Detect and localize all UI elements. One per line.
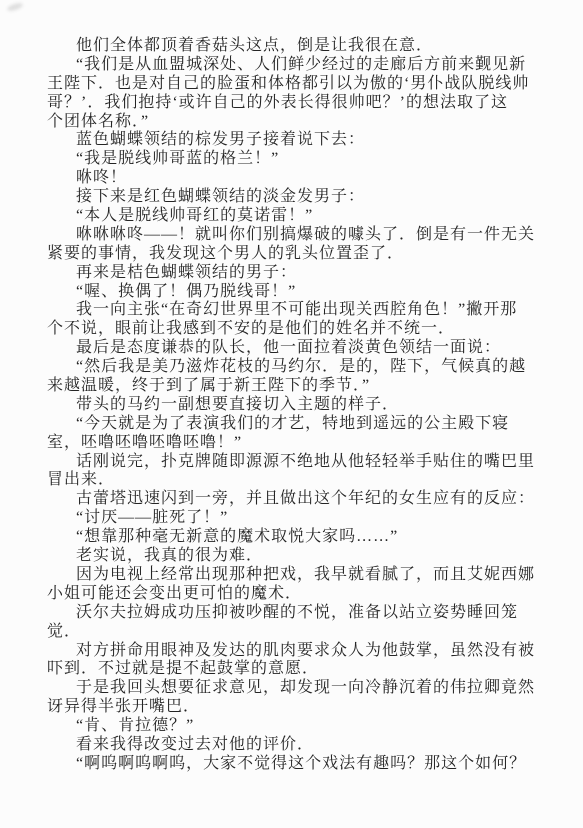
text-line: 吓到．不过就是提不起鼓掌的意愿． bbox=[47, 660, 541, 679]
text-line: “喔、换偶了！偶乃脱线哥！” bbox=[47, 283, 541, 302]
text-line: “今天就是为了表演我们的才艺，特地到遥远的公主殿下寝 bbox=[47, 415, 541, 434]
text-line: “啊呜啊呜啊呜，大家不觉得这个戏法有趣吗？那这个如何？ bbox=[47, 755, 541, 774]
text-line: “想靠那种毫无新意的魔术取悦大家吗……” bbox=[47, 528, 541, 547]
text-line: 他们全体都顶着香菇头这点，倒是让我很在意． bbox=[47, 37, 541, 56]
page-text: 他们全体都顶着香菇头这点，倒是让我很在意．“我们是从血盟城深处、人们鲜少经过的走… bbox=[47, 37, 541, 774]
text-line: 个不说，眼前让我感到不安的是他们的姓名并不统一． bbox=[47, 320, 541, 339]
text-line: 带头的马约一副想要直接切入主题的样子． bbox=[47, 396, 541, 415]
text-line: 话刚说完，扑克牌随即源源不绝地从他轻轻举手贴住的嘴巴里 bbox=[47, 453, 541, 472]
text-line: 我一向主张“在奇幻世界里不可能出现关西腔角色！”撇开那 bbox=[47, 301, 541, 320]
text-line: 王陛下．也是对自己的脸蛋和体格都引以为傲的‘男仆战队脱线帅 bbox=[47, 75, 541, 94]
scan-smudge bbox=[6, 2, 23, 13]
text-line: 小姐可能还会变出更可怕的魔术． bbox=[47, 585, 541, 604]
text-line: “然后我是美乃滋炸花枝的马约尔．是的，陛下，气候真的越 bbox=[47, 358, 541, 377]
text-line: 于是我回头想要征求意见，却发现一向冷静沉着的伟拉卿竟然 bbox=[47, 679, 541, 698]
text-line: 蓝色蝴蝶领结的棕发男子接着说下去： bbox=[47, 131, 541, 150]
text-line: 古蕾塔迅速闪到一旁，并且做出这个年纪的女生应有的反应： bbox=[47, 490, 541, 509]
text-line: 咻咚！ bbox=[47, 169, 541, 188]
text-line: 老实说，我真的很为难． bbox=[47, 547, 541, 566]
text-line: 接下来是红色蝴蝶领结的淡金发男子： bbox=[47, 188, 541, 207]
scanned-page: 他们全体都顶着香菇头这点，倒是让我很在意．“我们是从血盟城深处、人们鲜少经过的走… bbox=[0, 0, 583, 828]
text-line: 再来是桔色蝴蝶领结的男子： bbox=[47, 264, 541, 283]
text-line: “本人是脱线帅哥红的莫诺雷！” bbox=[47, 207, 541, 226]
text-line: 最后是态度谦恭的队长，他一面拉着淡黄色领结一面说： bbox=[47, 339, 541, 358]
text-line: “我是脱线帅哥蓝的格兰！” bbox=[47, 150, 541, 169]
text-line: 因为电视上经常出现那种把戏，我早就看腻了，而且艾妮西娜 bbox=[47, 566, 541, 585]
text-line: 冒出来． bbox=[47, 471, 541, 490]
text-line: 来越温暖，终于到了属于新王陛下的季节．” bbox=[47, 377, 541, 396]
text-line: 看来我得改变过去对他的评价． bbox=[47, 736, 541, 755]
text-line: 个团体名称．” bbox=[47, 113, 541, 132]
text-line: 紧要的事情，我发现这个男人的乳头位置歪了． bbox=[47, 245, 541, 264]
text-line: “肯、肯拉德？” bbox=[47, 717, 541, 736]
text-line: 沃尔夫拉姆成功压抑被吵醒的不悦，准备以站立姿势睡回笼 bbox=[47, 604, 541, 623]
text-line: 咻咻咻咚——！就叫你们别搞爆破的噱头了．倒是有一件无关 bbox=[47, 226, 541, 245]
text-line: 对方拼命用眼神及发达的肌肉要求众人为他鼓掌，虽然没有被 bbox=[47, 642, 541, 661]
text-line: “我们是从血盟城深处、人们鲜少经过的走廊后方前来觐见新 bbox=[47, 56, 541, 75]
text-line: 讶异得半张开嘴巴． bbox=[47, 698, 541, 717]
text-line: 觉． bbox=[47, 623, 541, 642]
text-line: “讨厌——脏死了！” bbox=[47, 509, 541, 528]
text-line: 哥？’．我们抱持‘或许自己的外表长得很帅吧？’的想法取了这 bbox=[47, 94, 541, 113]
text-line: 室，呸噜呸噜呸噜呸噜！” bbox=[47, 434, 541, 453]
